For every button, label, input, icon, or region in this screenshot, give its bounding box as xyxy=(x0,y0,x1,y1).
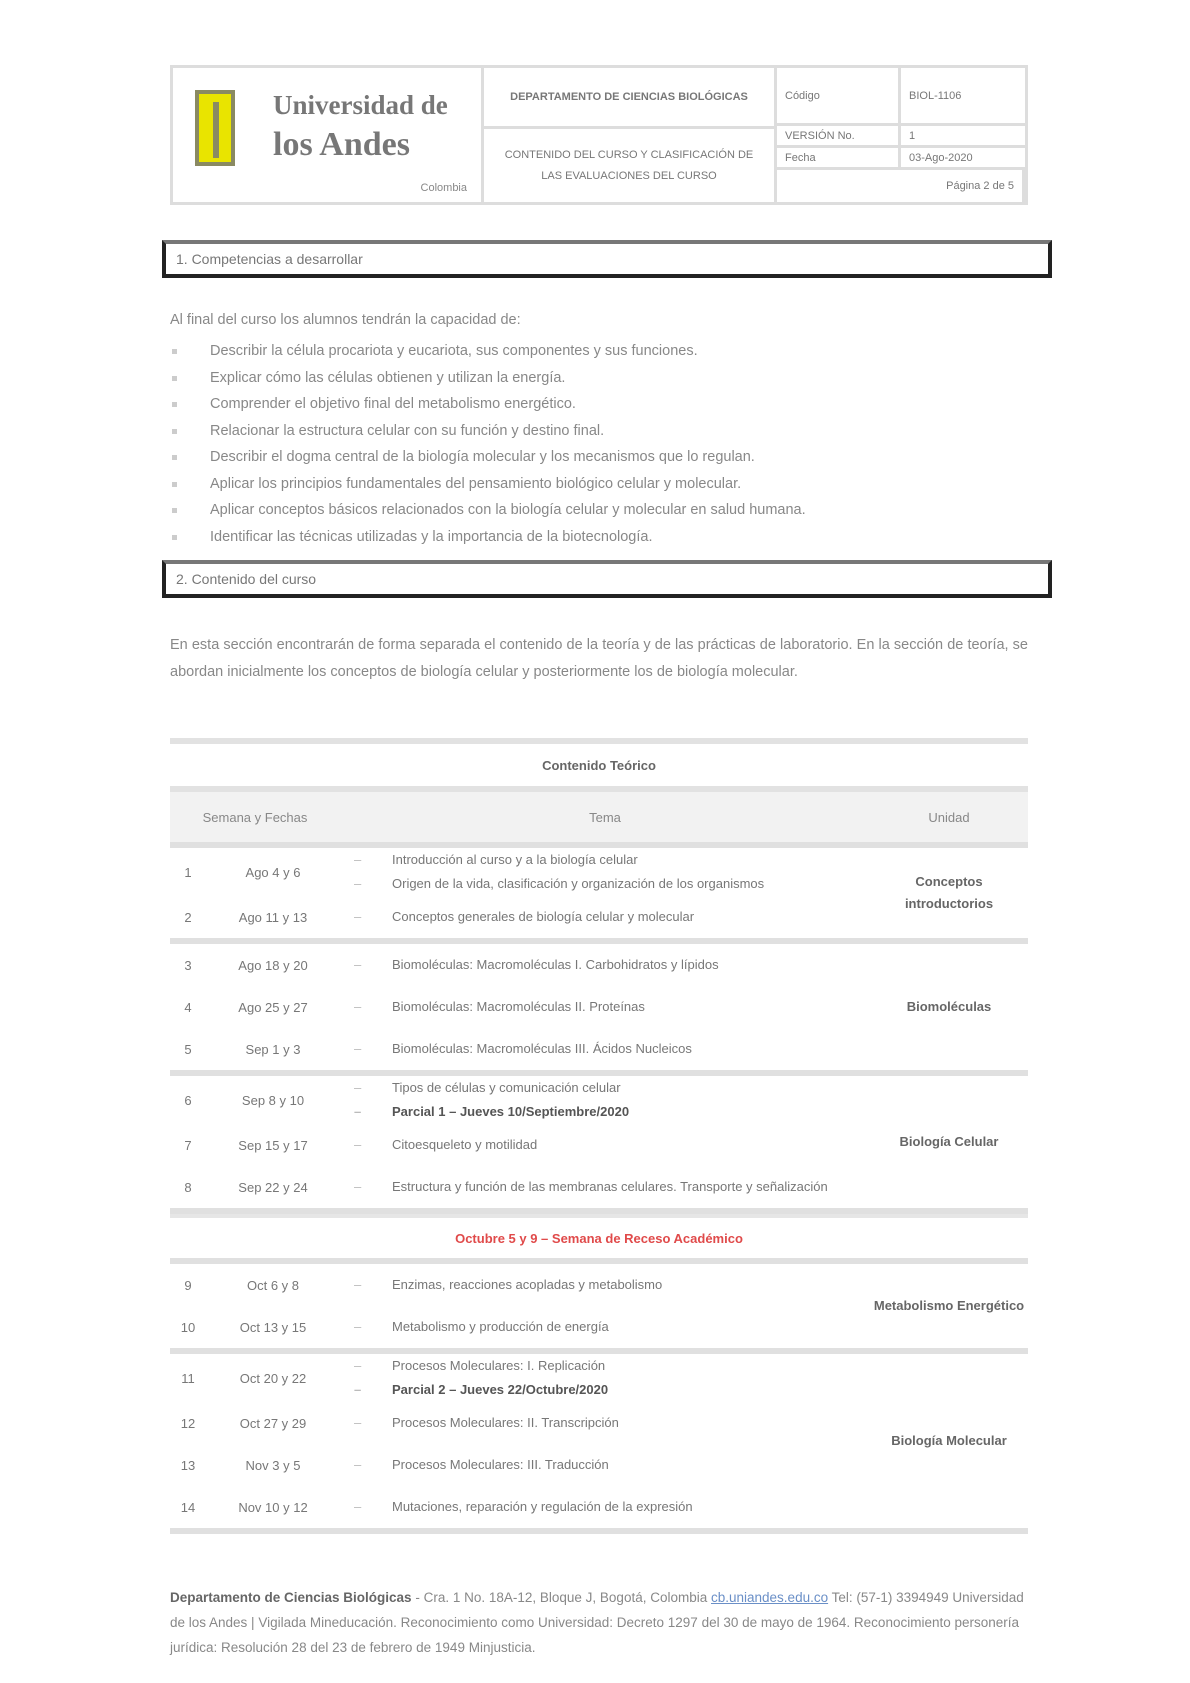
footer-website-link[interactable]: cb.uniandes.edu.co xyxy=(711,1590,828,1605)
schedule-header-row: Semana y Fechas Tema Unidad xyxy=(170,792,1028,848)
table-row: 13Nov 3 y 5Procesos Moleculares: III. Tr… xyxy=(170,1444,870,1486)
table-row: 4Ago 25 y 27Biomoléculas: Macromoléculas… xyxy=(170,986,870,1028)
week-number: 7 xyxy=(170,1138,206,1153)
date-label: Fecha xyxy=(777,148,901,170)
week-number: 3 xyxy=(170,958,206,973)
topic-item: Biomoléculas: Macromoléculas II. Proteín… xyxy=(340,995,870,1019)
table-row: 2Ago 11 y 13Conceptos generales de biolo… xyxy=(170,896,870,938)
topic-item: Biomoléculas: Macromoléculas I. Carbohid… xyxy=(340,953,870,977)
week-number: 13 xyxy=(170,1458,206,1473)
version-value: 1 xyxy=(901,126,1025,148)
code-label: Código xyxy=(777,68,901,126)
syllabus-page: Universidad de los Andes Colombia DEPART… xyxy=(0,0,1190,1683)
unit-label: Biología Celular xyxy=(870,1076,1028,1208)
footer-address: - Cra. 1 No. 18A-12, Bloque J, Bogotá, C… xyxy=(412,1590,708,1605)
week-dates: Sep 22 y 24 xyxy=(206,1180,340,1195)
competency-item: Relacionar la estructura celular con su … xyxy=(170,418,806,445)
week-dates: Nov 3 y 5 xyxy=(206,1458,340,1473)
competency-item: Explicar cómo las células obtienen y uti… xyxy=(170,365,806,392)
university-name-line2: los Andes xyxy=(273,126,410,164)
table-row: 3Ago 18 y 20Biomoléculas: Macromoléculas… xyxy=(170,944,870,986)
week-dates: Ago 11 y 13 xyxy=(206,910,340,925)
table-row: 9Oct 6 y 8Enzimas, reacciones acopladas … xyxy=(170,1264,870,1306)
footer-department: Departamento de Ciencias Biológicas xyxy=(170,1590,412,1605)
week-number: 1 xyxy=(170,865,206,880)
topic-item: Procesos Moleculares: II. Transcripción xyxy=(340,1411,870,1435)
version-label: VERSIÓN No. xyxy=(777,126,901,148)
week-dates: Oct 6 y 8 xyxy=(206,1278,340,1293)
university-logo: Universidad de los Andes Colombia xyxy=(173,68,484,202)
week-number: 9 xyxy=(170,1278,206,1293)
topic-item: Procesos Moleculares: III. Traducción xyxy=(340,1453,870,1477)
document-title: CONTENIDO DEL CURSO Y CLASIFICACIÓN DE L… xyxy=(484,129,774,202)
week-dates: Ago 4 y 6 xyxy=(206,865,340,880)
topic-item: Metabolismo y producción de energía xyxy=(340,1315,870,1339)
column-header-week: Semana y Fechas xyxy=(170,792,340,842)
shield-icon xyxy=(195,90,235,166)
unit-label: Biomoléculas xyxy=(870,944,1028,1070)
week-dates: Oct 13 y 15 xyxy=(206,1320,340,1335)
week-dates: Sep 15 y 17 xyxy=(206,1138,340,1153)
unit-group: 1Ago 4 y 6Introducción al curso y a la b… xyxy=(170,848,1028,944)
topic-item: Tipos de células y comunicación celular xyxy=(340,1076,870,1100)
week-number: 6 xyxy=(170,1093,206,1108)
unit-group: 11Oct 20 y 22Procesos Moleculares: I. Re… xyxy=(170,1354,1028,1534)
schedule-title: Contenido Teórico xyxy=(170,744,1028,786)
unit-group: 6Sep 8 y 10Tipos de células y comunicaci… xyxy=(170,1076,1028,1214)
week-dates: Oct 20 y 22 xyxy=(206,1371,340,1386)
week-number: 5 xyxy=(170,1042,206,1057)
competency-item: Comprender el objetivo final del metabol… xyxy=(170,391,806,418)
topic-item: Biomoléculas: Macromoléculas III. Ácidos… xyxy=(340,1037,870,1061)
table-row: 10Oct 13 y 15Metabolismo y producción de… xyxy=(170,1306,870,1348)
university-country: Colombia xyxy=(421,182,467,194)
unit-group: 3Ago 18 y 20Biomoléculas: Macromoléculas… xyxy=(170,944,1028,1076)
competency-item: Identificar las técnicas utilizadas y la… xyxy=(170,524,806,551)
competencies-list: Describir la célula procariota y eucario… xyxy=(170,338,806,550)
page-footer: Departamento de Ciencias Biológicas - Cr… xyxy=(170,1585,1028,1660)
topic-item: Citoesqueleto y motilidad xyxy=(340,1133,870,1157)
unit-label: Metabolismo Energético xyxy=(870,1264,1028,1348)
week-number: 10 xyxy=(170,1320,206,1335)
date-value: 03-Ago-2020 xyxy=(901,148,1025,170)
department-name: DEPARTAMENTO DE CIENCIAS BIOLÓGICAS xyxy=(484,68,774,129)
table-row: 14Nov 10 y 12Mutaciones, reparación y re… xyxy=(170,1486,870,1528)
week-dates: Ago 18 y 20 xyxy=(206,958,340,973)
competencies-intro: Al final del curso los alumnos tendrán l… xyxy=(170,312,521,328)
university-name-line1: Universidad de xyxy=(273,90,448,121)
section-heading-competencies: 1. Competencias a desarrollar xyxy=(162,240,1052,278)
section-heading-content: 2. Contenido del curso xyxy=(162,560,1052,598)
week-dates: Nov 10 y 12 xyxy=(206,1500,340,1515)
table-row: 1Ago 4 y 6Introducción al curso y a la b… xyxy=(170,848,870,896)
page-number: Página 2 de 5 xyxy=(777,170,1025,202)
table-row: 8Sep 22 y 24Estructura y función de las … xyxy=(170,1166,870,1208)
week-dates: Sep 8 y 10 xyxy=(206,1093,340,1108)
week-number: 14 xyxy=(170,1500,206,1515)
column-header-topic: Tema xyxy=(340,792,870,842)
column-header-unit: Unidad xyxy=(870,792,1028,842)
table-row: 11Oct 20 y 22Procesos Moleculares: I. Re… xyxy=(170,1354,870,1402)
week-dates: Sep 1 y 3 xyxy=(206,1042,340,1057)
exam-item: Parcial 1 – Jueves 10/Septiembre/2020 xyxy=(340,1100,870,1124)
topic-item: Origen de la vida, clasificación y organ… xyxy=(340,872,870,896)
competency-item: Describir el dogma central de la biologí… xyxy=(170,444,806,471)
topic-item: Enzimas, reacciones acopladas y metaboli… xyxy=(340,1273,870,1297)
table-row: 12Oct 27 y 29Procesos Moleculares: II. T… xyxy=(170,1402,870,1444)
competency-item: Aplicar los principios fundamentales del… xyxy=(170,471,806,498)
topic-item: Mutaciones, reparación y regulación de l… xyxy=(340,1495,870,1519)
table-row: 6Sep 8 y 10Tipos de células y comunicaci… xyxy=(170,1076,870,1124)
competency-item: Aplicar conceptos básicos relacionados c… xyxy=(170,497,806,524)
topic-item: Estructura y función de las membranas ce… xyxy=(340,1175,870,1199)
unit-label: Biología Molecular xyxy=(870,1354,1028,1528)
week-dates: Oct 27 y 29 xyxy=(206,1416,340,1431)
week-dates: Ago 25 y 27 xyxy=(206,1000,340,1015)
week-number: 8 xyxy=(170,1180,206,1195)
unit-label: Conceptos introductorios xyxy=(870,848,1028,938)
week-number: 11 xyxy=(170,1371,206,1386)
unit-group: 9Oct 6 y 8Enzimas, reacciones acopladas … xyxy=(170,1264,1028,1354)
topic-item: Introducción al curso y a la biología ce… xyxy=(340,848,870,872)
content-paragraph: En esta sección encontrarán de forma sep… xyxy=(170,632,1028,686)
week-number: 4 xyxy=(170,1000,206,1015)
topic-item: Procesos Moleculares: I. Replicación xyxy=(340,1354,870,1378)
topic-item: Conceptos generales de biología celular … xyxy=(340,905,870,929)
schedule-table: Contenido Teórico Semana y Fechas Tema U… xyxy=(170,738,1028,1534)
table-row: 7Sep 15 y 17Citoesqueleto y motilidad xyxy=(170,1124,870,1166)
week-number: 2 xyxy=(170,910,206,925)
document-header-table: Universidad de los Andes Colombia DEPART… xyxy=(170,65,1028,205)
academic-break-row: Octubre 5 y 9 – Semana de Receso Académi… xyxy=(170,1214,1028,1264)
code-value: BIOL-1106 xyxy=(901,68,1025,126)
competency-item: Describir la célula procariota y eucario… xyxy=(170,338,806,365)
table-row: 5Sep 1 y 3Biomoléculas: Macromoléculas I… xyxy=(170,1028,870,1070)
week-number: 12 xyxy=(170,1416,206,1431)
exam-item: Parcial 2 – Jueves 22/Octubre/2020 xyxy=(340,1378,870,1402)
